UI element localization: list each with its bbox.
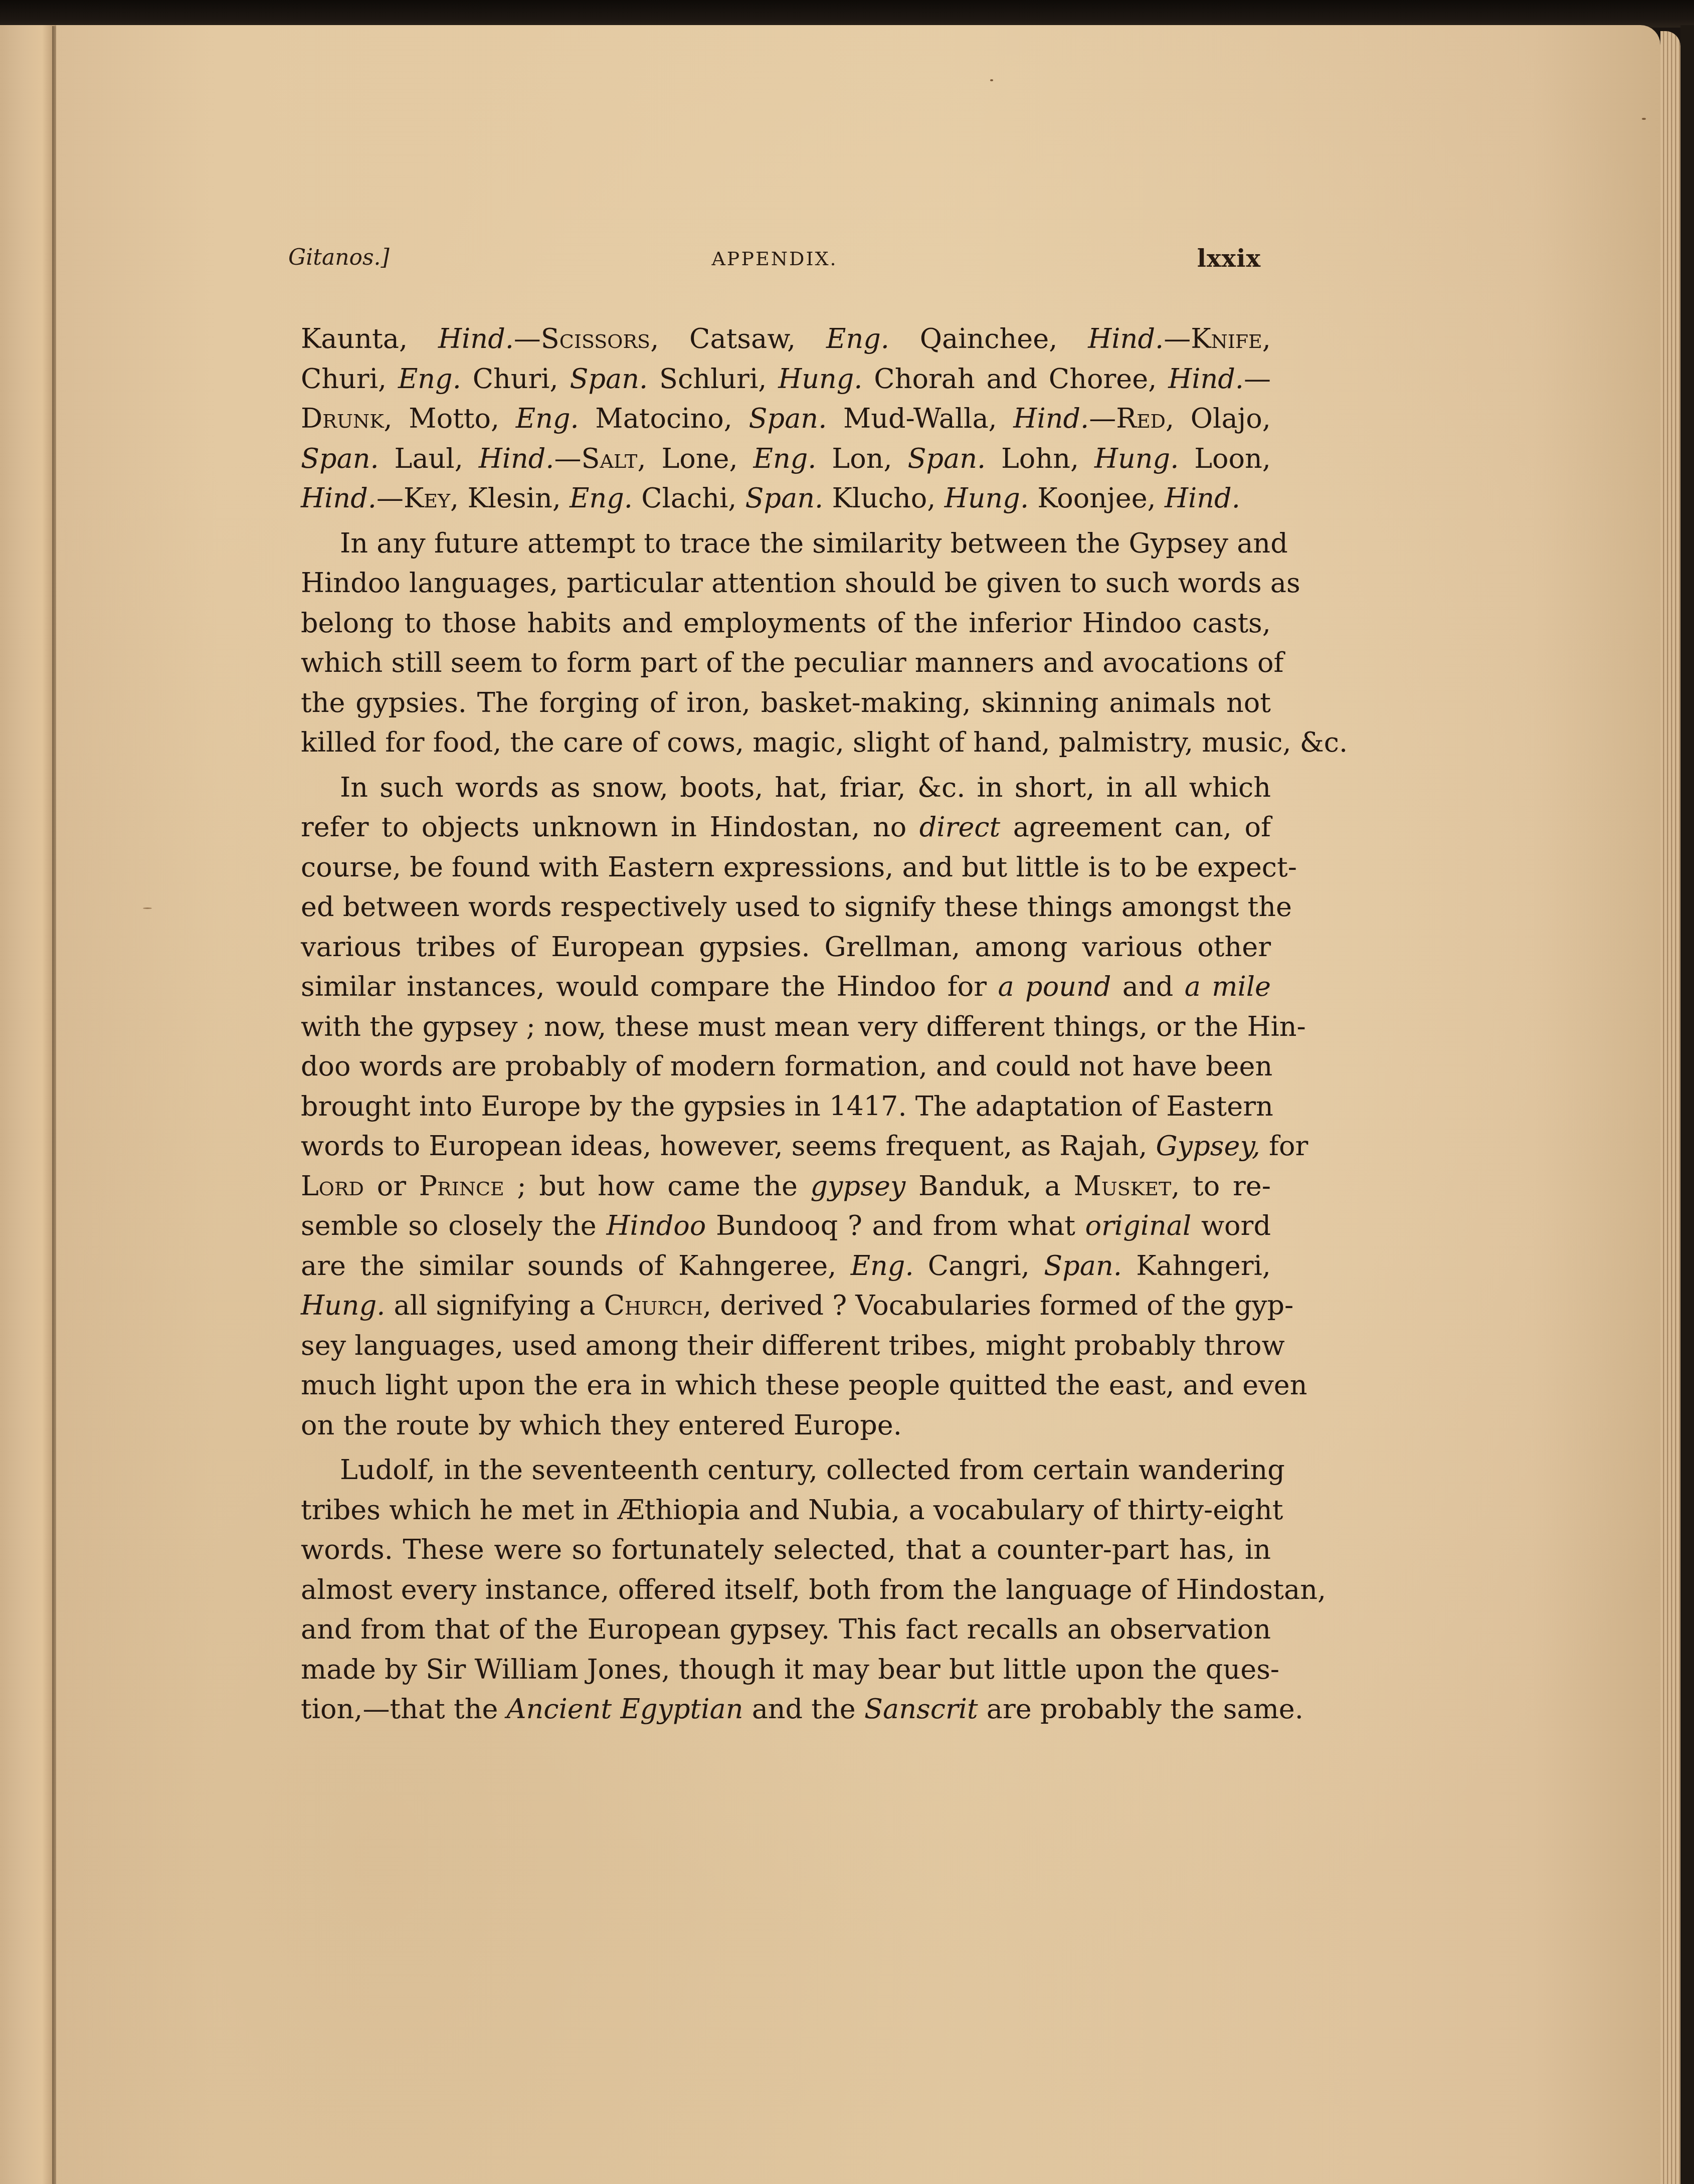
text-run: or xyxy=(364,1170,419,1202)
italic-text: direct xyxy=(919,811,1001,843)
text-line: belong to those habits and employments o… xyxy=(301,603,1271,643)
text-line: Drunk, Motto, Eng. Matocino, Span. Mud-W… xyxy=(301,399,1271,439)
text-line: tion,—that the Ancient Egyptian and the … xyxy=(301,1689,1271,1729)
italic-text: Eng. xyxy=(826,323,889,354)
text-line: made by Sir William Jones, though it may… xyxy=(301,1650,1271,1690)
text-run: , xyxy=(1262,323,1271,354)
text-run: , Motto, xyxy=(384,403,516,434)
text-line: Lord or Prince ; but how came the gypsey… xyxy=(301,1166,1271,1206)
text-line: semble so closely the Hindoo Bundooq ? a… xyxy=(301,1206,1271,1246)
text-run: killed for food, the care of cows, magic… xyxy=(301,726,1348,758)
text-run: , Lone, xyxy=(637,443,753,474)
paragraph: In such words as snow, boots, hat, friar… xyxy=(301,768,1271,1445)
text-line: much light upon the era in which these p… xyxy=(301,1365,1271,1405)
text-run: Lohn, xyxy=(986,443,1094,474)
italic-text: Hung. xyxy=(945,482,1029,514)
small-caps-text: Lord xyxy=(301,1170,364,1202)
italic-text: Span. xyxy=(301,443,379,474)
text-run: , Olajo, xyxy=(1166,403,1271,434)
text-run: Kaunta, xyxy=(301,323,438,354)
text-line: Kaunta, Hind.—Scissors, Catsaw, Eng. Qai… xyxy=(301,319,1271,359)
text-run: Chorah and Choree, xyxy=(863,363,1169,395)
text-run: on the route by which they entered Europ… xyxy=(301,1409,902,1441)
scan-background-top xyxy=(0,0,1694,28)
italic-text: original xyxy=(1085,1210,1192,1241)
text-run: , Klesin, xyxy=(450,482,570,514)
text-line: brought into Europe by the gypsies in 14… xyxy=(301,1086,1271,1127)
text-run: words to European ideas, however, seems … xyxy=(301,1130,1156,1162)
text-run: tribes which he met in Æthiopia and Nubi… xyxy=(301,1494,1283,1526)
text-run: , to re- xyxy=(1171,1170,1271,1202)
text-run: Bundooq ? and from what xyxy=(706,1210,1085,1241)
italic-text: Hind. xyxy=(1013,403,1089,434)
text-run: brought into Europe by the gypsies in 14… xyxy=(301,1090,1273,1122)
text-run: are the similar sounds of Kahngeree, xyxy=(301,1250,851,1282)
text-run: — xyxy=(1244,363,1271,395)
small-caps-text: Key xyxy=(404,482,450,514)
paragraph: Ludolf, in the seventeenth century, coll… xyxy=(301,1450,1271,1729)
text-run: sey languages, used among their differen… xyxy=(301,1330,1285,1361)
italic-text: Eng. xyxy=(398,363,461,395)
italic-text: Hind. xyxy=(438,323,514,354)
italic-text: a mile xyxy=(1185,971,1271,1002)
text-line: the gypsies. The forging of iron, basket… xyxy=(301,683,1271,723)
italic-text: Span. xyxy=(570,363,648,395)
text-run: the gypsies. The forging of iron, basket… xyxy=(301,687,1271,718)
paragraph: In any future attempt to trace the simil… xyxy=(301,523,1271,763)
italic-text: Ancient Egyptian xyxy=(507,1693,743,1725)
body-text: Kaunta, Hind.—Scissors, Catsaw, Eng. Qai… xyxy=(301,319,1271,1729)
italic-text: Eng. xyxy=(754,443,817,474)
text-line: Hind.—Key, Klesin, Eng. Clachi, Span. Kl… xyxy=(301,478,1271,518)
text-run: refer to objects unknown in Hindostan, n… xyxy=(301,811,919,843)
italic-text: Span. xyxy=(749,403,827,434)
small-caps-text: Musket xyxy=(1073,1170,1171,1202)
italic-text: Hung. xyxy=(1094,443,1179,474)
text-line: Ludolf, in the seventeenth century, coll… xyxy=(301,1450,1271,1490)
text-run: belong to those habits and employments o… xyxy=(301,607,1271,639)
text-run: for xyxy=(1260,1130,1308,1162)
small-caps-text: Church xyxy=(604,1290,703,1321)
text-run: and the xyxy=(743,1693,864,1725)
text-line: Hindoo languages, particular attention s… xyxy=(301,563,1271,603)
italic-text: Span. xyxy=(1044,1250,1122,1282)
text-run: — xyxy=(514,323,541,354)
italic-text: Hung. xyxy=(301,1290,385,1321)
text-run: Kahngeri, xyxy=(1122,1250,1271,1282)
text-line: doo words are probably of modern formati… xyxy=(301,1046,1271,1086)
paragraph-gap xyxy=(301,1445,1271,1450)
small-caps-text: Scissors xyxy=(541,323,650,354)
italic-text: Hindoo xyxy=(606,1210,706,1241)
text-line: on the route by which they entered Europ… xyxy=(301,1405,1271,1445)
text-run: Qainchee, xyxy=(889,323,1088,354)
italic-text: Hind. xyxy=(1168,363,1244,395)
text-run: which still seem to form part of the pec… xyxy=(301,647,1283,678)
text-line: various tribes of European gypsies. Grel… xyxy=(301,927,1271,967)
italic-text: Hung. xyxy=(778,363,862,395)
paper-speck xyxy=(990,79,993,81)
text-run: similar instances, would compare the Hin… xyxy=(301,971,998,1002)
italic-text: Hind. xyxy=(479,443,554,474)
text-run: Cangri, xyxy=(914,1250,1044,1282)
text-line: Churi, Eng. Churi, Span. Schluri, Hung. … xyxy=(301,359,1271,399)
text-run: tion,—that the xyxy=(301,1693,507,1725)
text-line: words to European ideas, however, seems … xyxy=(301,1126,1271,1166)
text-run: — xyxy=(1089,403,1116,434)
text-run: , Catsaw, xyxy=(650,323,826,354)
text-run: In such words as snow, boots, hat, friar… xyxy=(340,772,1271,803)
text-line: which still seem to form part of the pec… xyxy=(301,643,1271,683)
text-run: , derived ? Vocabularies formed of the g… xyxy=(703,1290,1293,1321)
text-run: made by Sir William Jones, though it may… xyxy=(301,1654,1279,1685)
paragraph: Kaunta, Hind.—Scissors, Catsaw, Eng. Qai… xyxy=(301,319,1271,518)
small-caps-text: Salt xyxy=(582,443,638,474)
text-line: tribes which he met in Æthiopia and Nubi… xyxy=(301,1490,1271,1530)
text-line: In any future attempt to trace the simil… xyxy=(301,523,1271,564)
page-fore-edge xyxy=(1660,31,1680,2184)
text-run: semble so closely the xyxy=(301,1210,606,1241)
text-run: Mud-Walla, xyxy=(827,403,1013,434)
text-line: In such words as snow, boots, hat, friar… xyxy=(301,768,1271,808)
text-run: Churi, xyxy=(301,363,398,395)
text-run: ed between words respectively used to si… xyxy=(301,891,1292,923)
text-run: In any future attempt to trace the simil… xyxy=(340,527,1288,559)
paragraph-gap xyxy=(301,518,1271,523)
text-line: Span. Laul, Hind.—Salt, Lone, Eng. Lon, … xyxy=(301,439,1271,479)
scan-background-right xyxy=(1680,25,1694,2184)
text-line: similar instances, would compare the Hin… xyxy=(301,967,1271,1007)
italic-text: Gypsey, xyxy=(1156,1130,1260,1162)
paragraph-gap xyxy=(301,763,1271,768)
italic-text: Hind. xyxy=(1165,482,1240,514)
italic-text: gypsey xyxy=(811,1170,906,1202)
italic-text: Eng. xyxy=(516,403,579,434)
text-run: — xyxy=(377,482,404,514)
running-header: Gitanos.] APPENDIX. lxxix xyxy=(288,245,1261,275)
text-run: Loon, xyxy=(1179,443,1271,474)
text-run: Clachi, xyxy=(633,482,745,514)
text-line: course, be found with Eastern expression… xyxy=(301,847,1271,887)
text-line: ed between words respectively used to si… xyxy=(301,887,1271,927)
text-run: Churi, xyxy=(461,363,570,395)
text-run: Matocino, xyxy=(579,403,749,434)
paper-mark xyxy=(143,907,152,909)
italic-text: Span. xyxy=(745,482,824,514)
italic-text: Hind. xyxy=(1088,323,1164,354)
italic-text: Hind. xyxy=(301,482,377,514)
small-caps-text: Knife xyxy=(1191,323,1262,354)
text-run: word xyxy=(1191,1210,1271,1241)
text-run: all signifying a xyxy=(385,1290,604,1321)
text-line: Hung. all signifying a Church, derived ?… xyxy=(301,1286,1271,1326)
text-run: various tribes of European gypsies. Grel… xyxy=(301,931,1271,963)
text-run: — xyxy=(554,443,582,474)
text-run: Lon, xyxy=(816,443,907,474)
text-line: sey languages, used among their differen… xyxy=(301,1326,1271,1366)
text-run: with the gypsey ; now, these must mean v… xyxy=(301,1011,1306,1042)
text-run: Laul, xyxy=(379,443,479,474)
small-caps-text: Drunk xyxy=(301,403,384,434)
italic-text: Eng. xyxy=(851,1250,914,1282)
text-run: and xyxy=(1111,971,1184,1002)
text-line: are the similar sounds of Kahngeree, Eng… xyxy=(301,1246,1271,1286)
text-run: much light upon the era in which these p… xyxy=(301,1369,1307,1401)
text-run: agreement can, of xyxy=(1000,811,1271,843)
italic-text: Sanscrit xyxy=(864,1693,978,1725)
text-run: — xyxy=(1164,323,1191,354)
text-run: Klucho, xyxy=(823,482,944,514)
text-run: Koonjee, xyxy=(1029,482,1165,514)
text-line: almost every instance, offered itself, b… xyxy=(301,1570,1271,1610)
text-run: are probably the same. xyxy=(978,1693,1303,1725)
text-run: Hindoo languages, particular attention s… xyxy=(301,567,1300,599)
text-run: Ludolf, in the seventeenth century, coll… xyxy=(340,1454,1285,1486)
facing-page-edge xyxy=(0,25,56,2184)
small-caps-text: Prince xyxy=(419,1170,504,1202)
italic-text: Eng. xyxy=(570,482,633,514)
text-line: with the gypsey ; now, these must mean v… xyxy=(301,1007,1271,1047)
header-appendix-title: APPENDIX. xyxy=(288,248,1261,270)
text-line: words. These were so fortunately selecte… xyxy=(301,1530,1271,1570)
text-line: refer to objects unknown in Hindostan, n… xyxy=(301,807,1271,847)
italic-text: a pound xyxy=(998,971,1111,1002)
page-number: lxxix xyxy=(1197,245,1261,273)
text-run: Schluri, xyxy=(648,363,778,395)
italic-text: Span. xyxy=(907,443,986,474)
text-run: and from that of the European gypsey. Th… xyxy=(301,1613,1271,1645)
small-caps-text: Red xyxy=(1116,403,1166,434)
text-run: Banduk, a xyxy=(905,1170,1073,1202)
text-run: course, be found with Eastern expression… xyxy=(301,851,1297,883)
text-run: words. These were so fortunately selecte… xyxy=(301,1534,1271,1565)
text-run: almost every instance, offered itself, b… xyxy=(301,1574,1326,1605)
text-line: killed for food, the care of cows, magic… xyxy=(301,722,1271,763)
paper-speck xyxy=(1642,118,1646,120)
text-run: doo words are probably of modern formati… xyxy=(301,1050,1272,1082)
text-run: ; but how came the xyxy=(504,1170,811,1202)
text-line: and from that of the European gypsey. Th… xyxy=(301,1609,1271,1650)
